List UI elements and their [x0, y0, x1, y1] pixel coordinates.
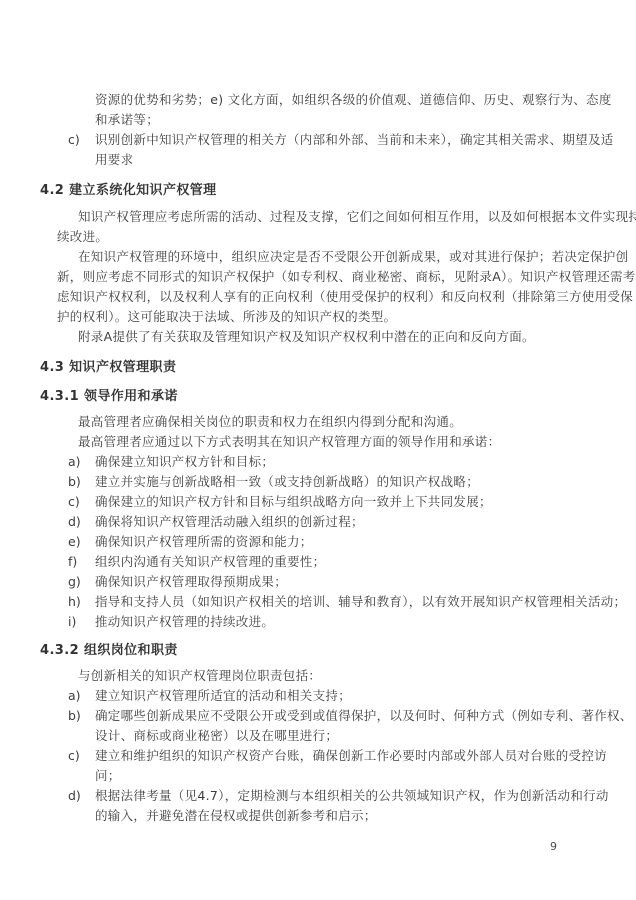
text-line: 最高管理者应确保相关岗位的职责和权力在组织内得到分配和沟通。: [0, 412, 636, 432]
page-number: 9: [550, 840, 557, 853]
paragraph: 与创新相关的知识产权管理岗位职责包括：: [0, 666, 636, 686]
text-line: 建立知识产权管理所适宜的活动和相关支持；: [0, 686, 636, 706]
text-line: 确保将知识产权管理活动融入组织的创新过程；: [0, 512, 636, 532]
list-item: g)确保知识产权管理取得预期成果；: [0, 572, 636, 592]
text-line: 与创新相关的知识产权管理岗位职责包括：: [0, 666, 636, 686]
list-marker: b): [68, 472, 81, 492]
text-line: 知识产权管理应考虑所需的活动、过程及支撑，它们之间如何相互作用，以及如何根据本文…: [0, 207, 636, 227]
list-marker: b): [68, 706, 81, 726]
text-line: 推动知识产权管理的持续改进。: [0, 612, 636, 632]
list-item: c)识别创新中知识产权管理的相关方（内部和外部、当前和未来），确定其相关需求、期…: [0, 130, 636, 170]
section-heading: 4.3.1 领导作用和承诺: [0, 387, 636, 407]
text-line: 护的权利）。这可能取决于法域、所涉及的知识产权的类型。: [0, 307, 636, 327]
text-line: 问；: [0, 766, 636, 786]
list-marker: a): [68, 452, 81, 472]
list-item: d)根据法律考量（见4.7），定期检测与本组织相关的公共领域知识产权，作为创新活…: [0, 786, 636, 826]
text-line: 附录A提供了有关获取及管理知识产权及知识产权权利中潜在的正向和反向方面。: [0, 327, 636, 347]
text-line: 确保建立知识产权方针和目标；: [0, 452, 636, 472]
text-line: 建立并实施与创新战略相一致（或支持创新战略）的知识产权战略；: [0, 472, 636, 492]
text-line: 根据法律考量（见4.7），定期检测与本组织相关的公共领域知识产权，作为创新活动和…: [0, 786, 636, 806]
paragraph: 知识产权管理应考虑所需的活动、过程及支撑，它们之间如何相互作用，以及如何根据本文…: [0, 207, 636, 247]
section-heading: 4.2 建立系统化知识产权管理: [0, 181, 636, 201]
text-line: 组织内沟通有关知识产权管理的重要性；: [0, 552, 636, 572]
list-marker: c): [68, 130, 80, 150]
list-marker: g): [68, 572, 81, 592]
list-marker: d): [68, 786, 81, 806]
text-line: 新，则应考虑不同形式的知识产权保护（如专利权、商业秘密、商标，见附录A）。知识产…: [0, 267, 636, 287]
list-marker: f): [68, 552, 77, 572]
text-line: 最高管理者应通过以下方式表明其在知识产权管理方面的领导作用和承诺：: [0, 432, 636, 452]
list-marker: d): [68, 512, 81, 532]
text-line: 确保建立的知识产权方针和目标与组织战略方向一致并上下共同发展；: [0, 492, 636, 512]
list-item: h)指导和支持人员（如知识产权相关的培训、辅导和教育），以有效开展知识产权管理相…: [0, 592, 636, 612]
text-line: 在知识产权管理的环境中，组织应决定是否不受限公开创新成果，或对其进行保护；若决定…: [0, 247, 636, 267]
text-line: 确保知识产权管理所需的资源和能力；: [0, 532, 636, 552]
list-marker: h): [68, 592, 81, 612]
paragraph: 最高管理者应确保相关岗位的职责和权力在组织内得到分配和沟通。: [0, 412, 636, 432]
section-heading: 4.3.2 组织岗位和职责: [0, 641, 636, 661]
list-item: a)建立知识产权管理所适宜的活动和相关支持；: [0, 686, 636, 706]
text-line: 指导和支持人员（如知识产权相关的培训、辅导和教育），以有效开展知识产权管理相关活…: [0, 592, 636, 612]
paragraph: 资源的优势和劣势；e) 文化方面，如组织各级的价值观、道德信仰、历史、观察行为、…: [0, 90, 636, 130]
list-marker: a): [68, 686, 81, 706]
paragraph: 附录A提供了有关获取及管理知识产权及知识产权权利中潜在的正向和反向方面。: [0, 327, 636, 347]
list-item: a)确保建立知识产权方针和目标；: [0, 452, 636, 472]
list-item: c)确保建立的知识产权方针和目标与组织战略方向一致并上下共同发展；: [0, 492, 636, 512]
list-item: i)推动知识产权管理的持续改进。: [0, 612, 636, 632]
list-item: e)确保知识产权管理所需的资源和能力；: [0, 532, 636, 552]
text-line: 资源的优势和劣势；e) 文化方面，如组织各级的价值观、道德信仰、历史、观察行为、…: [0, 90, 636, 110]
text-line: 续改进。: [0, 227, 636, 247]
text-line: 建立和维护组织的知识产权资产台账，确保创新工作必要时内部或外部人员对台账的受控访: [0, 746, 636, 766]
list-item: b)确定哪些创新成果应不受限公开或受到或值得保护，以及何时、何种方式（例如专利、…: [0, 706, 636, 746]
text-line: 用要求: [0, 150, 636, 170]
paragraph: 在知识产权管理的环境中，组织应决定是否不受限公开创新成果，或对其进行保护；若决定…: [0, 247, 636, 327]
text-line: 确定哪些创新成果应不受限公开或受到或值得保护，以及何时、何种方式（例如专利、著作…: [0, 706, 636, 726]
list-item: c)建立和维护组织的知识产权资产台账，确保创新工作必要时内部或外部人员对台账的受…: [0, 746, 636, 786]
text-line: 识别创新中知识产权管理的相关方（内部和外部、当前和未来），确定其相关需求、期望及…: [0, 130, 636, 150]
list-item: b)建立并实施与创新战略相一致（或支持创新战略）的知识产权战略；: [0, 472, 636, 492]
document-page: 资源的优势和劣势；e) 文化方面，如组织各级的价值观、道德信仰、历史、观察行为、…: [0, 0, 636, 900]
text-line: 虑知识产权权利，以及权利人享有的正向权利（使用受保护的权利）和反向权利（排除第三…: [0, 287, 636, 307]
text-line: 的输入，并避免潜在侵权或提供创新参考和启示；: [0, 806, 636, 826]
list-marker: c): [68, 492, 80, 512]
text-line: 和承诺等；: [0, 110, 636, 130]
document-content: 资源的优势和劣势；e) 文化方面，如组织各级的价值观、道德信仰、历史、观察行为、…: [0, 90, 636, 826]
list-item: f)组织内沟通有关知识产权管理的重要性；: [0, 552, 636, 572]
paragraph: 最高管理者应通过以下方式表明其在知识产权管理方面的领导作用和承诺：: [0, 432, 636, 452]
list-marker: e): [68, 532, 81, 552]
list-item: d)确保将知识产权管理活动融入组织的创新过程；: [0, 512, 636, 532]
list-marker: c): [68, 746, 80, 766]
list-marker: i): [68, 612, 76, 632]
text-line: 设计、商标或商业秘密）以及在哪里进行；: [0, 726, 636, 746]
text-line: 确保知识产权管理取得预期成果；: [0, 572, 636, 592]
section-heading: 4.3 知识产权管理职责: [0, 358, 636, 378]
